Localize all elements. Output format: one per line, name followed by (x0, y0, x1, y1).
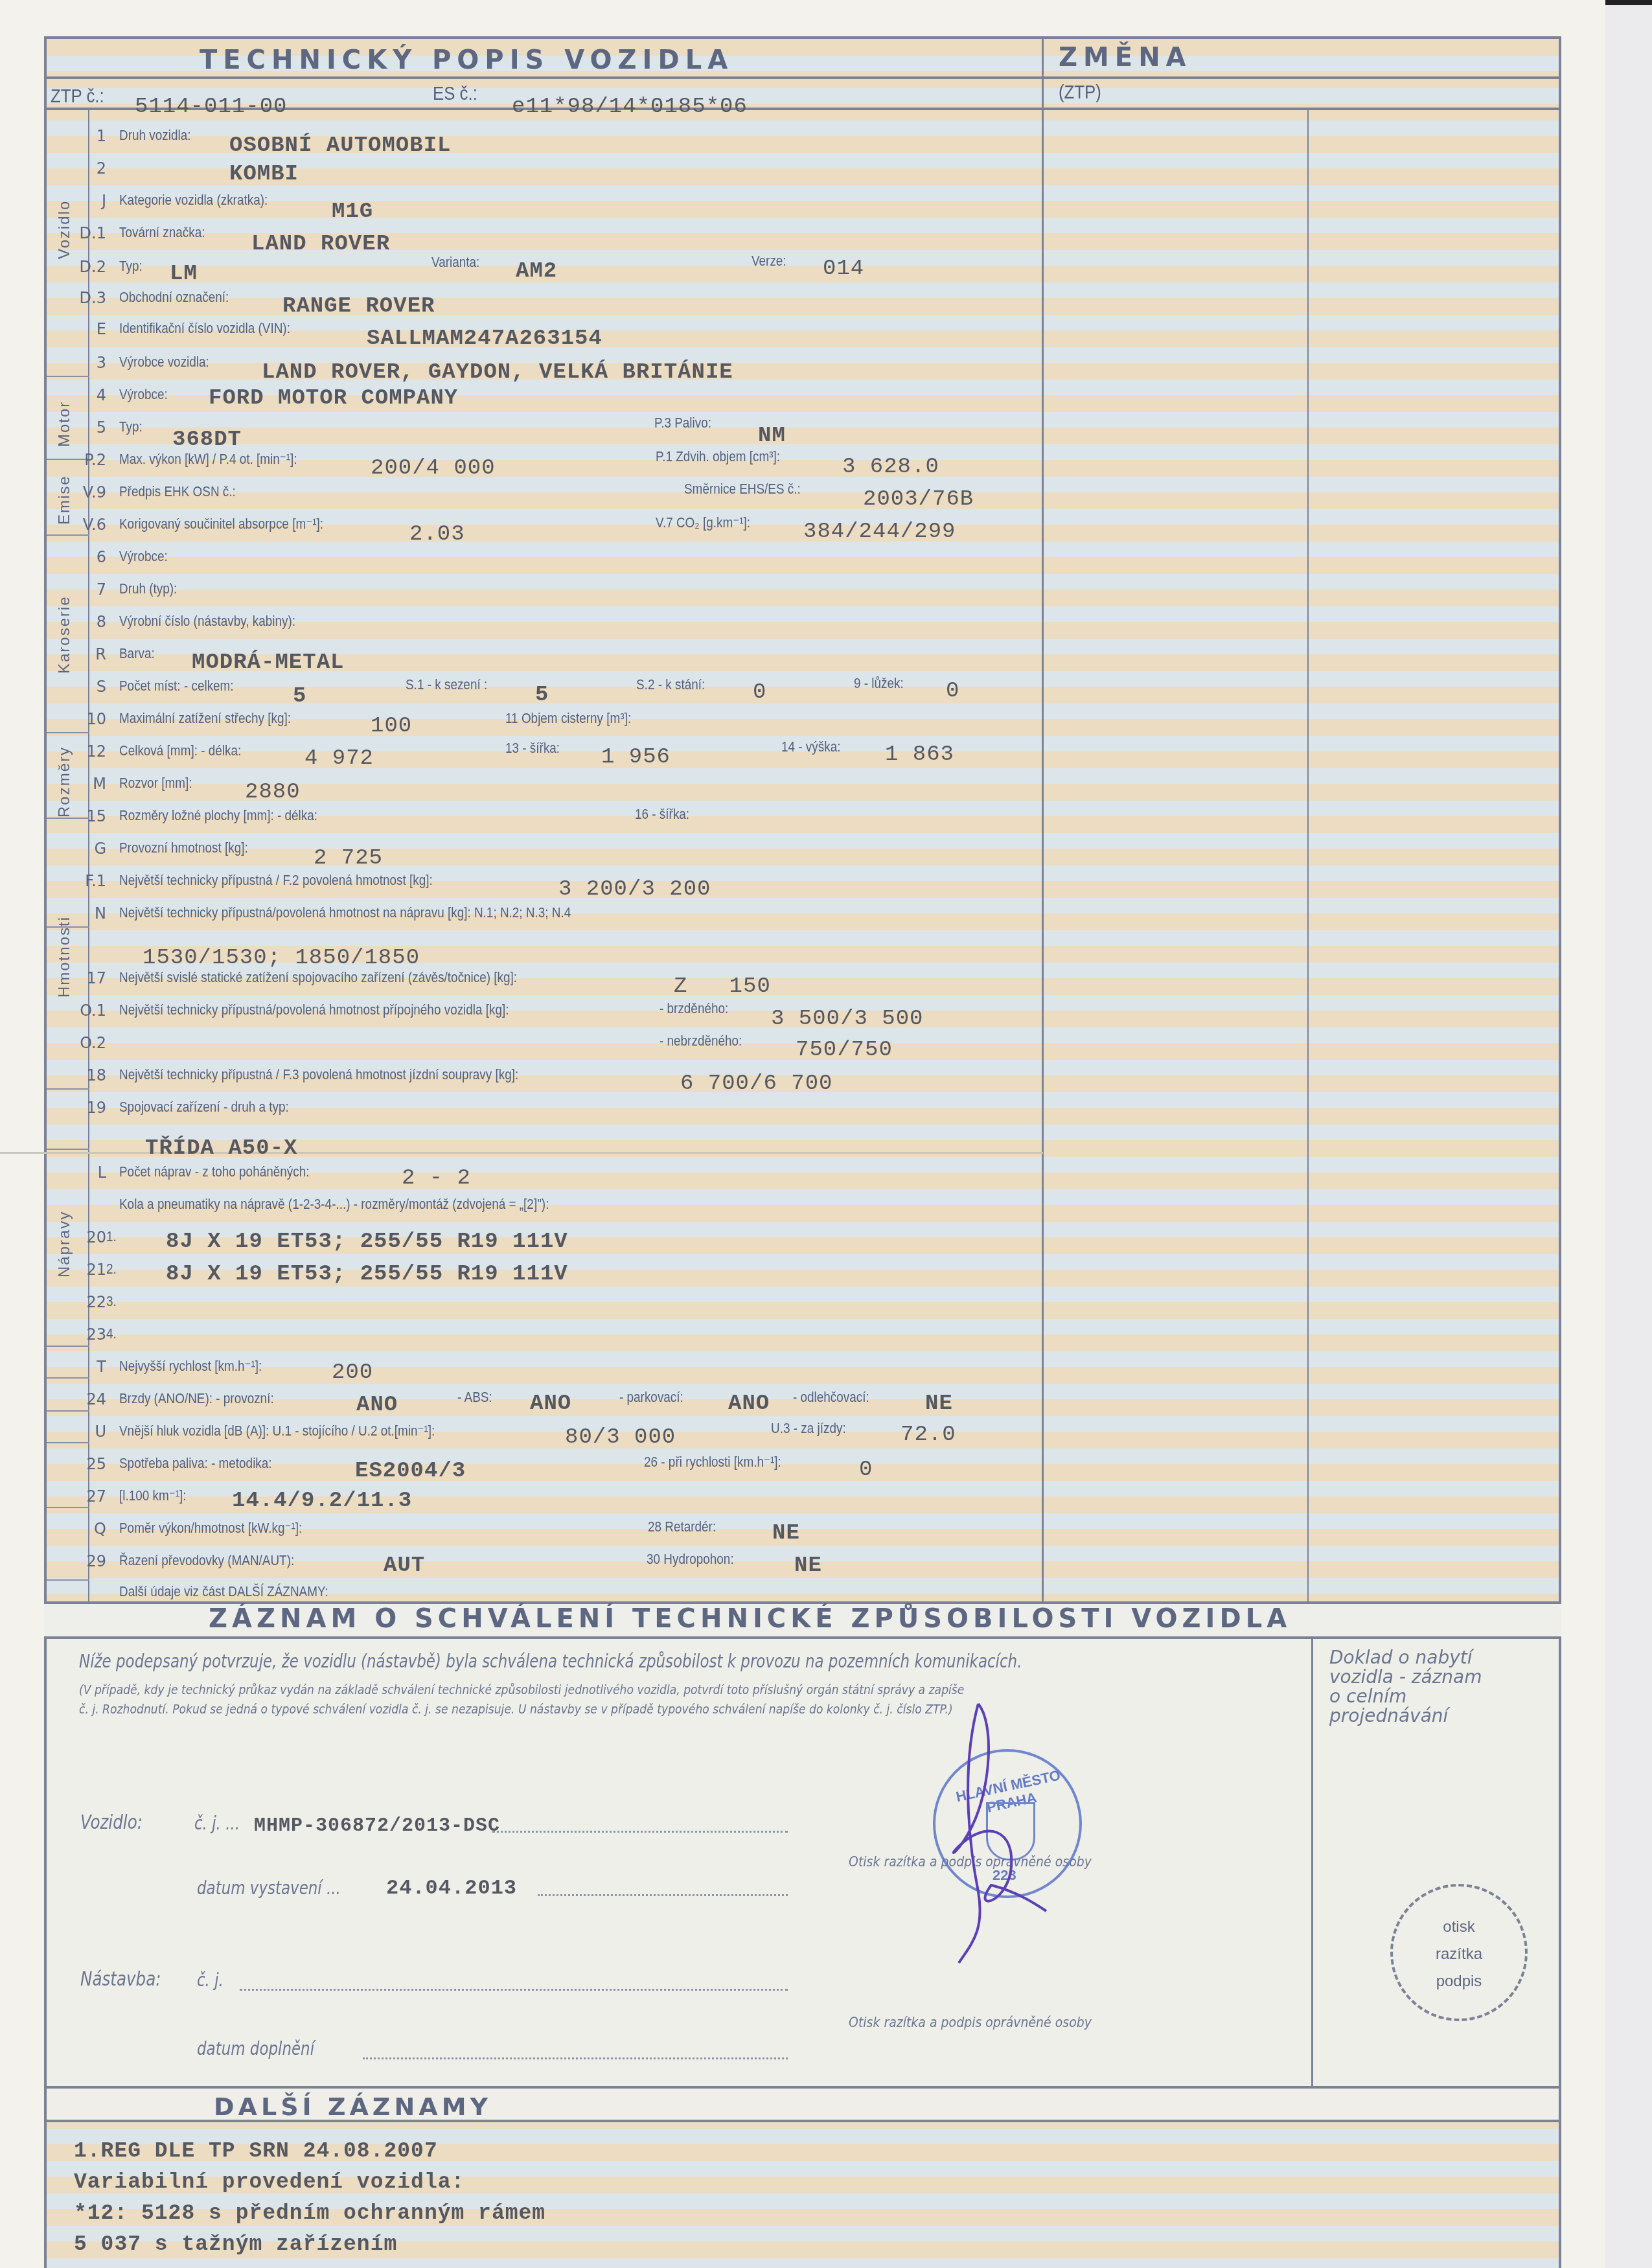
field-code: 24 (61, 1390, 106, 1408)
engine-type-value: 368DT (172, 428, 242, 452)
placeholder-line: razítka (1390, 1941, 1528, 1968)
field-code: D.2 (61, 258, 106, 276)
max-mass-value: 3 200/3 200 (558, 877, 711, 902)
customs-text-line: projednávání (1329, 1706, 1482, 1726)
vin-value: SALLMAM247A263154 (367, 326, 602, 351)
field-label: Předpis EHK OSN č.: (119, 483, 236, 500)
completion-date-label: datum doplnění (197, 2038, 314, 2059)
es-value: e11*98/14*0185*06 (512, 95, 748, 119)
field-code: 8 (61, 613, 106, 631)
section-divider (47, 1410, 89, 1412)
type-value: LM (170, 262, 198, 286)
directive-value: 2003/76B (863, 487, 974, 512)
reference-dotted-line (492, 1831, 788, 1833)
change-column-divider (1307, 108, 1309, 1604)
field-label: Největší technicky přípustná / F.2 povol… (119, 872, 433, 889)
field-code: 6 (61, 548, 106, 566)
body-reference-label: č. j. (197, 1969, 224, 1991)
field-code: V.6 (61, 516, 106, 534)
field-code: G (61, 840, 106, 858)
length-value: 4 972 (304, 746, 374, 771)
field-label: P.1 Zdvih. objem [cm³]: (656, 448, 780, 465)
field-code: 18 (61, 1066, 106, 1084)
issue-date-dotted-line (538, 1894, 788, 1896)
wheelbase-value: 2880 (245, 780, 301, 805)
field-label: S.1 - k sezení : (406, 676, 487, 693)
field-label: Barva: (119, 645, 155, 662)
color-value: MODRÁ-METAL (192, 650, 344, 675)
field-label: Největší svislé statické zatížení spojov… (119, 969, 517, 986)
axle-number: 4. (106, 1325, 117, 1342)
height-value: 1 863 (885, 742, 954, 767)
further-data-note: Další údaje viz část DALŠÍ ZÁZNAMY: (119, 1583, 328, 1600)
coupling-load-value: Z 150 (674, 974, 771, 999)
train-mass-value: 6 700/6 700 (680, 1071, 832, 1096)
section-divider (47, 1377, 89, 1379)
field-code: 4 (61, 386, 106, 404)
field-code: 12 (61, 742, 106, 761)
field-label: Největší technicky přípustná/povolená hm… (119, 1002, 509, 1018)
field-label: Poměr výkon/hmotnost [kW.kg⁻¹]: (119, 1520, 302, 1537)
field-label: 13 - šířka: (505, 740, 560, 757)
consumption-value: 14.4/9.2/11.3 (232, 1489, 412, 1513)
approval-title: ZÁZNAM O SCHVÁLENÍ TECHNICKÉ ZPŮSOBILOST… (209, 1604, 1291, 1634)
braked-trailer-value: 3 500/3 500 (771, 1007, 923, 1031)
trade-name-value: RANGE ROVER (282, 294, 435, 319)
field-label: Identifikační číslo vozidla (VIN): (119, 320, 290, 337)
field-label: Počet náprav - z toho poháněných: (119, 1163, 309, 1180)
record-line: *12: 5128 s předním ochranným rámem (74, 2201, 545, 2225)
body-label: Nástavba: (80, 1968, 161, 1991)
category-value: M1G (332, 200, 373, 224)
field-label: V.7 CO₂ [g.km⁻¹]: (656, 514, 750, 531)
max-speed-value: 200 (332, 1360, 373, 1385)
reference-label: č. j. ... (194, 1813, 240, 1834)
field-code: D.3 (61, 289, 106, 307)
document-title: TECHNICKÝ POPIS VOZIDLA (200, 45, 733, 75)
stamp-placeholder-circle: otisk razítka podpis (1390, 1884, 1528, 2021)
field-label: 26 - při rychlosti [km.h⁻¹]: (644, 1454, 781, 1471)
field-code: V.9 (61, 483, 106, 501)
field-label: Provozní hmotnost [kg]: (119, 840, 248, 856)
gearbox-value: AUT (384, 1553, 425, 1578)
customs-record-text: Doklad o nabytí vozidla - záznam o celní… (1329, 1648, 1482, 1726)
field-label: Druh vozidla: (119, 127, 190, 144)
manufacturer-value: LAND ROVER, GAYDON, VELKÁ BRITÁNIE (262, 360, 733, 385)
field-code: P.2 (61, 451, 106, 469)
section-divider (47, 376, 89, 377)
field-code: 19 (61, 1099, 106, 1117)
field-label: Vnější hluk vozidla [dB (A)]: U.1 - stoj… (119, 1423, 435, 1439)
body-type-value: KOMBI (229, 162, 299, 187)
axle-number: 2. (106, 1261, 117, 1277)
placeholder-line: podpis (1390, 1968, 1528, 1995)
parking-brake-value: ANO (728, 1392, 770, 1416)
issue-date-value: 24.04.2013 (386, 1876, 517, 1900)
field-label: Výrobce vozidla: (119, 354, 209, 371)
field-label: - ABS: (457, 1389, 492, 1406)
make-value: LAND ROVER (251, 232, 390, 257)
section-divider (47, 1442, 89, 1443)
field-label: [l.100 km⁻¹]: (119, 1487, 187, 1504)
field-label: Kola a pneumatiky na nápravě (1-2-3-4-..… (119, 1196, 549, 1213)
field-code: S (61, 678, 106, 696)
fuel-value: NM (758, 424, 786, 448)
field-code: O.2 (61, 1034, 106, 1052)
further-records-list: 1.REG DLE TP SRN 24.08.2007 Variabilní p… (47, 2134, 1559, 2268)
field-label: 30 Hydropohon: (647, 1551, 734, 1568)
section-divider (47, 1088, 89, 1090)
section-divider (47, 534, 89, 536)
change-title: ZMĚNA (1059, 43, 1192, 73)
stamp-caption-2: Otisk razítka a podpis oprávněné osoby (849, 2015, 1092, 2031)
field-label: Maximální zatížení střechy [kg]: (119, 710, 291, 727)
field-code: O.1 (61, 1002, 106, 1020)
customs-text-line: o celním (1329, 1687, 1482, 1706)
field-code: 22 (61, 1293, 106, 1311)
field-label: Tovární značka: (119, 224, 205, 241)
section-divider (47, 1346, 89, 1347)
seats-sitting-value: 5 (535, 683, 549, 707)
field-label: Typ: (119, 258, 143, 275)
field-code: 5 (61, 418, 106, 437)
field-label: U.3 - za jízdy: (771, 1420, 846, 1437)
displacement-value: 3 628.0 (842, 455, 939, 479)
field-label: - nebrzděného: (660, 1033, 742, 1049)
roof-load-value: 100 (371, 714, 412, 739)
field-label: 14 - výška: (781, 739, 840, 755)
width-value: 1 956 (601, 745, 671, 770)
power-value: 200/4 000 (371, 456, 496, 481)
approval-statement: Níže podepsaný potvrzuje, že vozidlu (ná… (79, 1651, 1022, 1672)
service-brake-value: ANO (356, 1393, 398, 1417)
field-code: L (61, 1163, 106, 1182)
field-label: Rozvor [mm]: (119, 775, 192, 792)
placeholder-line: otisk (1390, 1914, 1528, 1941)
engine-manufacturer-value: FORD MOTOR COMPANY (209, 386, 458, 411)
record-line: 5 037 s tažným zařízením (74, 2232, 397, 2256)
co2-value: 384/244/299 (803, 520, 956, 544)
section-divider (47, 1507, 89, 1508)
field-code: 17 (61, 969, 106, 987)
field-code: N (61, 904, 106, 922)
abs-value: ANO (530, 1392, 571, 1416)
vehicle-kind-value: OSOBNÍ AUTOMOBIL (229, 133, 451, 158)
axle-mass-value: 1530/1530; 1850/1850 (143, 946, 420, 970)
field-label: Obchodní označení: (119, 289, 229, 306)
field-label: Výrobce: (119, 386, 168, 403)
field-label: Největší technicky přípustná/povolená hm… (119, 904, 571, 921)
customs-divider (1311, 1639, 1313, 2087)
field-label: Spojovací zařízení - druh a typ: (119, 1099, 289, 1116)
field-code: 21 (61, 1261, 106, 1279)
field-code: 3 (61, 354, 106, 372)
field-label: 9 - lůžek: (854, 675, 904, 692)
field-label: Brzdy (ANO/NE): - provozní: (119, 1390, 274, 1407)
field-label: Počet míst: - celkem: (119, 678, 234, 694)
field-label: - brzděného: (660, 1000, 728, 1017)
field-label: 11 Objem cisterny [m³]: (505, 710, 631, 727)
axles-value: 2 - 2 (402, 1166, 471, 1191)
field-label: Korigovaný součinitel absorpce [m⁻¹]: (119, 516, 323, 533)
field-label: Typ: (119, 418, 143, 435)
beds-value: 0 (946, 679, 959, 704)
signature (933, 1697, 1062, 1969)
field-label: Výrobní číslo (nástavby, kabiny): (119, 613, 295, 630)
consumption-method-value: ES2004/3 (355, 1459, 466, 1483)
field-code: D.1 (61, 224, 106, 242)
scan-corner-shadow (1605, 0, 1652, 5)
customs-text-line: vozidla - záznam (1329, 1667, 1482, 1687)
field-code: J (61, 192, 106, 210)
field-label: - parkovací: (619, 1389, 683, 1406)
field-code: 2 (61, 159, 106, 178)
seats-total-value: 5 (293, 684, 306, 709)
field-code: 20 (61, 1228, 106, 1246)
section-divider (47, 1149, 89, 1150)
body-reference-field[interactable] (240, 1989, 788, 1991)
field-label: S.2 - k stání: (636, 676, 705, 693)
field-label: 28 Retardér: (648, 1518, 716, 1535)
version-value: 014 (823, 257, 864, 281)
field-code: T (61, 1358, 106, 1376)
stamp-placeholder-text: otisk razítka podpis (1390, 1914, 1528, 1995)
field-code: 10 (61, 710, 106, 728)
field-label: P.3 Palivo: (654, 415, 711, 431)
field-code: 29 (61, 1552, 106, 1570)
record-line: 1.REG DLE TP SRN 24.08.2007 (74, 2139, 438, 2163)
operating-mass-value: 2 725 (314, 846, 383, 871)
issue-date-label: datum vystavení ... (197, 1877, 341, 1899)
record-line: Variabilní provedení vozidla: (74, 2170, 465, 2194)
change-ztp-label: (ZTP) (1059, 82, 1101, 104)
absorption-value: 2.03 (409, 522, 465, 547)
seats-standing-value: 0 (753, 680, 766, 705)
scanner-background (1605, 0, 1652, 2268)
customs-text-line: Doklad o nabytí (1329, 1648, 1482, 1667)
field-label: Spotřeba paliva: - metodika: (119, 1455, 272, 1472)
vehicle-label: Vozidlo: (80, 1811, 143, 1834)
noise-driving-value: 72.0 (901, 1423, 956, 1447)
field-label: Výrobce: (119, 548, 168, 565)
field-label: Řazení převodovky (MAN/AUT): (119, 1552, 294, 1569)
field-code: 15 (61, 807, 106, 825)
field-code: 27 (61, 1487, 106, 1506)
retarder-brake-value: NE (925, 1392, 953, 1416)
field-code: M (61, 775, 106, 793)
further-records-title: DALŠÍ ZÁZNAMY (214, 2092, 492, 2121)
unbraked-trailer-value: 750/750 (796, 1038, 893, 1062)
variant-value: AM2 (516, 259, 557, 284)
field-label: Největší technicky přípustná / F.3 povol… (119, 1066, 518, 1083)
field-code: 25 (61, 1455, 106, 1473)
es-label: ES č.: (433, 83, 477, 105)
field-code: 1 (61, 127, 106, 145)
column-divider (1042, 36, 1044, 1604)
field-code: E (61, 320, 106, 338)
noise-stationary-value: 80/3 000 (565, 1425, 676, 1450)
field-label: Kategorie vozidla (zkratka): (119, 192, 268, 209)
consumption-speed-value: 0 (859, 1458, 873, 1482)
approval-note-line-1: (V případě, kdy je technický průkaz vydá… (79, 1682, 964, 1697)
header-divider (44, 76, 1561, 79)
field-label: Nejvyšší rychlost [km.h⁻¹]: (119, 1358, 262, 1375)
retarder-value: NE (772, 1521, 800, 1546)
completion-date-field[interactable] (363, 2057, 788, 2059)
field-label: Směrnice EHS/ES č.: (684, 481, 801, 498)
field-code: 23 (61, 1325, 106, 1344)
approval-note-line-2: č. j. Rozhodnutí. Pokud se jedná o typov… (79, 1701, 953, 1717)
field-label: - odlehčovací: (793, 1389, 869, 1406)
field-label: Max. výkon [kW] / P.4 ot. [min⁻¹]: (119, 451, 297, 468)
field-code: R (61, 645, 106, 663)
field-label: Druh (typ): (119, 580, 177, 597)
field-code: 7 (61, 580, 106, 599)
field-code: U (61, 1423, 106, 1441)
tyres-axle-1-value: 8J X 19 ET53; 255/55 R19 111V (166, 1230, 568, 1254)
tyres-axle-2-value: 8J X 19 ET53; 255/55 R19 111V (166, 1262, 568, 1287)
field-label: 16 - šířka: (635, 806, 689, 823)
field-label: Varianta: (431, 254, 479, 271)
field-code: F.1 (61, 872, 106, 890)
hydraulic-drive-value: NE (794, 1553, 822, 1578)
axle-number: 3. (106, 1293, 117, 1310)
further-records-title-line (44, 2120, 1561, 2122)
ztp-label: ZTP č.: (51, 86, 104, 108)
field-label: Celková [mm]: - délka: (119, 742, 241, 759)
field-label: Rozměry ložné plochy [mm]: - délka: (119, 807, 317, 824)
coupling-type-value: TŘÍDA A50-X (145, 1136, 297, 1161)
field-label: Verze: (751, 253, 786, 269)
reference-number-value: MHMP-306872/2013-DSC (254, 1815, 500, 1837)
section-divider (47, 1579, 89, 1581)
ztp-value: 5114-011-00 (135, 95, 287, 119)
section-divider (47, 732, 89, 733)
axle-number: 1. (106, 1228, 117, 1245)
field-code: Q (61, 1520, 106, 1538)
